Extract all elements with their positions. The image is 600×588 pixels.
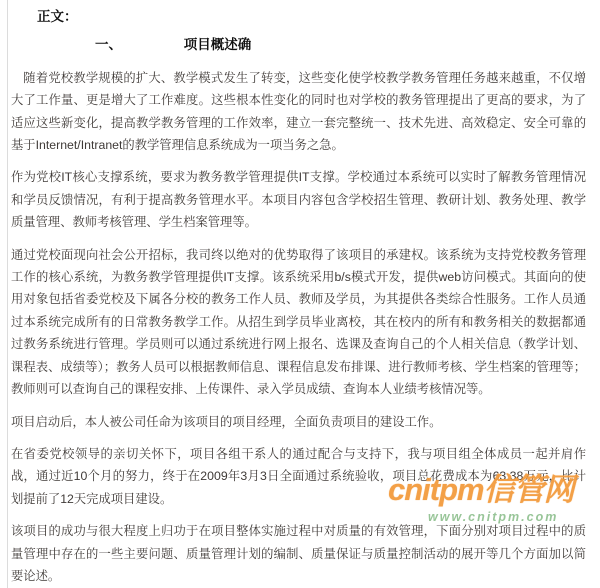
body-paragraph: 随着党校教学规模的扩大、教学模式发生了转变，这些变化使学校教学教务管理任务越来越… bbox=[11, 67, 586, 157]
body-paragraph: 该项目的成功与很大程度上归功于在项目整体实施过程中对质量的有效管理，下面分别对项… bbox=[11, 520, 586, 587]
body-paragraph: 通过党校面现向社会公开招标，我司终以绝对的优势取得了该项目的承建权。该系统为支持… bbox=[11, 244, 586, 401]
cnitpm-watermark: cnitpm信管网 bbox=[388, 470, 574, 510]
heading-title: 项目概述确 bbox=[184, 37, 252, 52]
heading-number: 一、 bbox=[95, 37, 122, 52]
body-paragraph: 项目启动后，本人被公司任命为该项目的项目经理，全面负责项目的建设工作。 bbox=[11, 411, 586, 433]
section-heading: 一、 项目概述确 bbox=[11, 34, 586, 56]
document-page: 正文： 一、 项目概述确 随着党校教学规模的扩大、教学模式发生了转变，这些变化使… bbox=[0, 0, 600, 588]
section-label: 正文： bbox=[37, 6, 586, 28]
body-paragraph: 作为党校IT核心支撑系统，要求为教务教学管理提供IT支撑。学校通过本系统可以实时… bbox=[11, 166, 586, 233]
